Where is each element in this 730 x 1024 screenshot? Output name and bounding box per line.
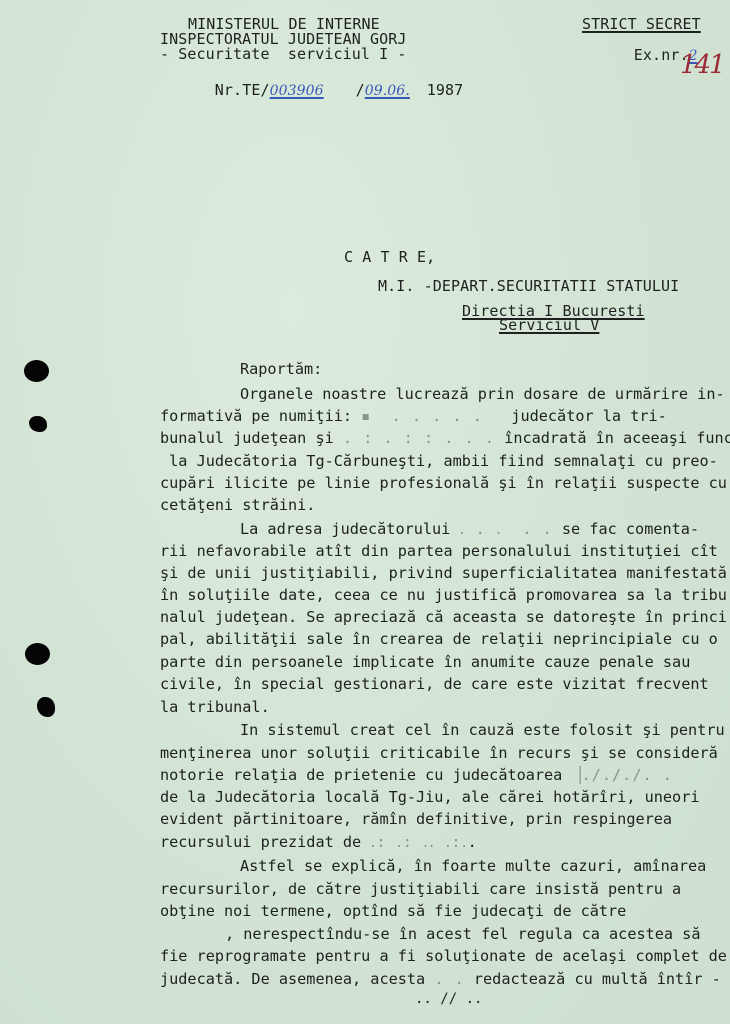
body-line: recursurilor, de către justiţiabili care… bbox=[160, 878, 730, 900]
year: 1987 bbox=[427, 81, 464, 99]
body-line: La adresa judecătorului ․ . ․ . . se fac… bbox=[240, 518, 730, 540]
body-line: notorie relaţia de prietenie cu judecăto… bbox=[160, 764, 730, 786]
body-line: obţine noi termene, optînd să fie judeca… bbox=[160, 900, 730, 922]
body-line: parte din persoanele implicate în anumit… bbox=[160, 651, 730, 673]
body-line: evident părtinitoare, rămîn definitive, … bbox=[160, 808, 730, 830]
redacted-name: . . bbox=[434, 968, 464, 990]
registration-number: Nr.TE/003906/09.06.1987 bbox=[160, 68, 463, 114]
date-handwritten: 09.06. bbox=[365, 84, 427, 99]
body-line: In sistemul creat cel în cauză este folo… bbox=[240, 719, 730, 741]
classification-label: STRICT SECRET bbox=[582, 17, 701, 32]
body-line: , nerespectîndu-se în acest fel regula c… bbox=[225, 923, 730, 945]
department-name: - Securitate serviciul I - bbox=[160, 47, 407, 62]
body-line: nalul judeţean. Se apreciază că aceasta … bbox=[160, 606, 730, 628]
body-line: la tribunal. bbox=[160, 696, 730, 718]
redacted-name: . : . : : . . . bbox=[343, 427, 495, 449]
page-stamp: 141 bbox=[680, 50, 724, 80]
punch-hole bbox=[37, 697, 55, 717]
body-line: recursului prezidat de ․: ․: ․․ ․:․. bbox=[160, 831, 730, 853]
body-line: formativă pe numiţii: ▪ . . . . . judecă… bbox=[160, 405, 730, 427]
body-line: cupări ilicite pe linie profesională şi … bbox=[160, 472, 730, 494]
redacted-name: ▪ . . . . . bbox=[361, 405, 493, 427]
body-line: Organele noastre lucrează prin dosare de… bbox=[240, 383, 730, 405]
nr-handwritten: 003906 bbox=[270, 84, 356, 99]
addressee-to: C A T R E, bbox=[344, 250, 435, 265]
punch-hole bbox=[24, 360, 49, 382]
redacted-name: ․ . ․ . . bbox=[459, 518, 552, 540]
body-line: bunalul judeţean şi . : . : : . . . înca… bbox=[160, 427, 730, 449]
continuation-mark: .. // .. bbox=[415, 988, 730, 1010]
addressee-line1: M.I. -DEPART.SECURITATII STATULUI bbox=[378, 279, 679, 294]
body-line: menţinerea unor soluţii criticabile în r… bbox=[160, 742, 730, 764]
nr-prefix: Nr.TE/ bbox=[215, 81, 270, 99]
redacted-name: ▕.∕.∕.∕. . bbox=[571, 764, 672, 786]
body-line: pal, abilităţii sale în crearea de relaţ… bbox=[160, 628, 730, 650]
document-page: MINISTERUL DE INTERNE INSPECTORATUL JUDE… bbox=[0, 0, 730, 1024]
body-line: în soluţiile date, ceea ce nu justifică … bbox=[160, 584, 730, 606]
body-line: civile, în special gestionari, de care e… bbox=[160, 673, 730, 695]
salutation: Raportăm: bbox=[240, 358, 730, 380]
body-line: judecată. De asemenea, acesta . . redact… bbox=[160, 968, 730, 990]
body-line: cetăţeni străini. bbox=[160, 494, 730, 516]
addressee-line3: Serviciul V bbox=[499, 318, 599, 333]
body-line: fie reprogramate pentru a fi soluţionate… bbox=[160, 945, 730, 967]
body-line: Astfel se explică, în foarte multe cazur… bbox=[240, 855, 730, 877]
body-line: de la Judecătoria locală Tg-Jiu, ale căr… bbox=[160, 786, 730, 808]
punch-hole bbox=[25, 643, 50, 665]
redacted-name: ․: ․: ․․ ․:․ bbox=[370, 831, 467, 853]
body-line: rii nefavorabile atît din partea persona… bbox=[160, 540, 730, 562]
punch-hole bbox=[29, 416, 47, 432]
body-line: şi de unii justiţiabili, privind superfi… bbox=[160, 562, 730, 584]
body-line: la Judecătoria Tg-Cărbuneşti, ambii fiin… bbox=[160, 450, 730, 472]
